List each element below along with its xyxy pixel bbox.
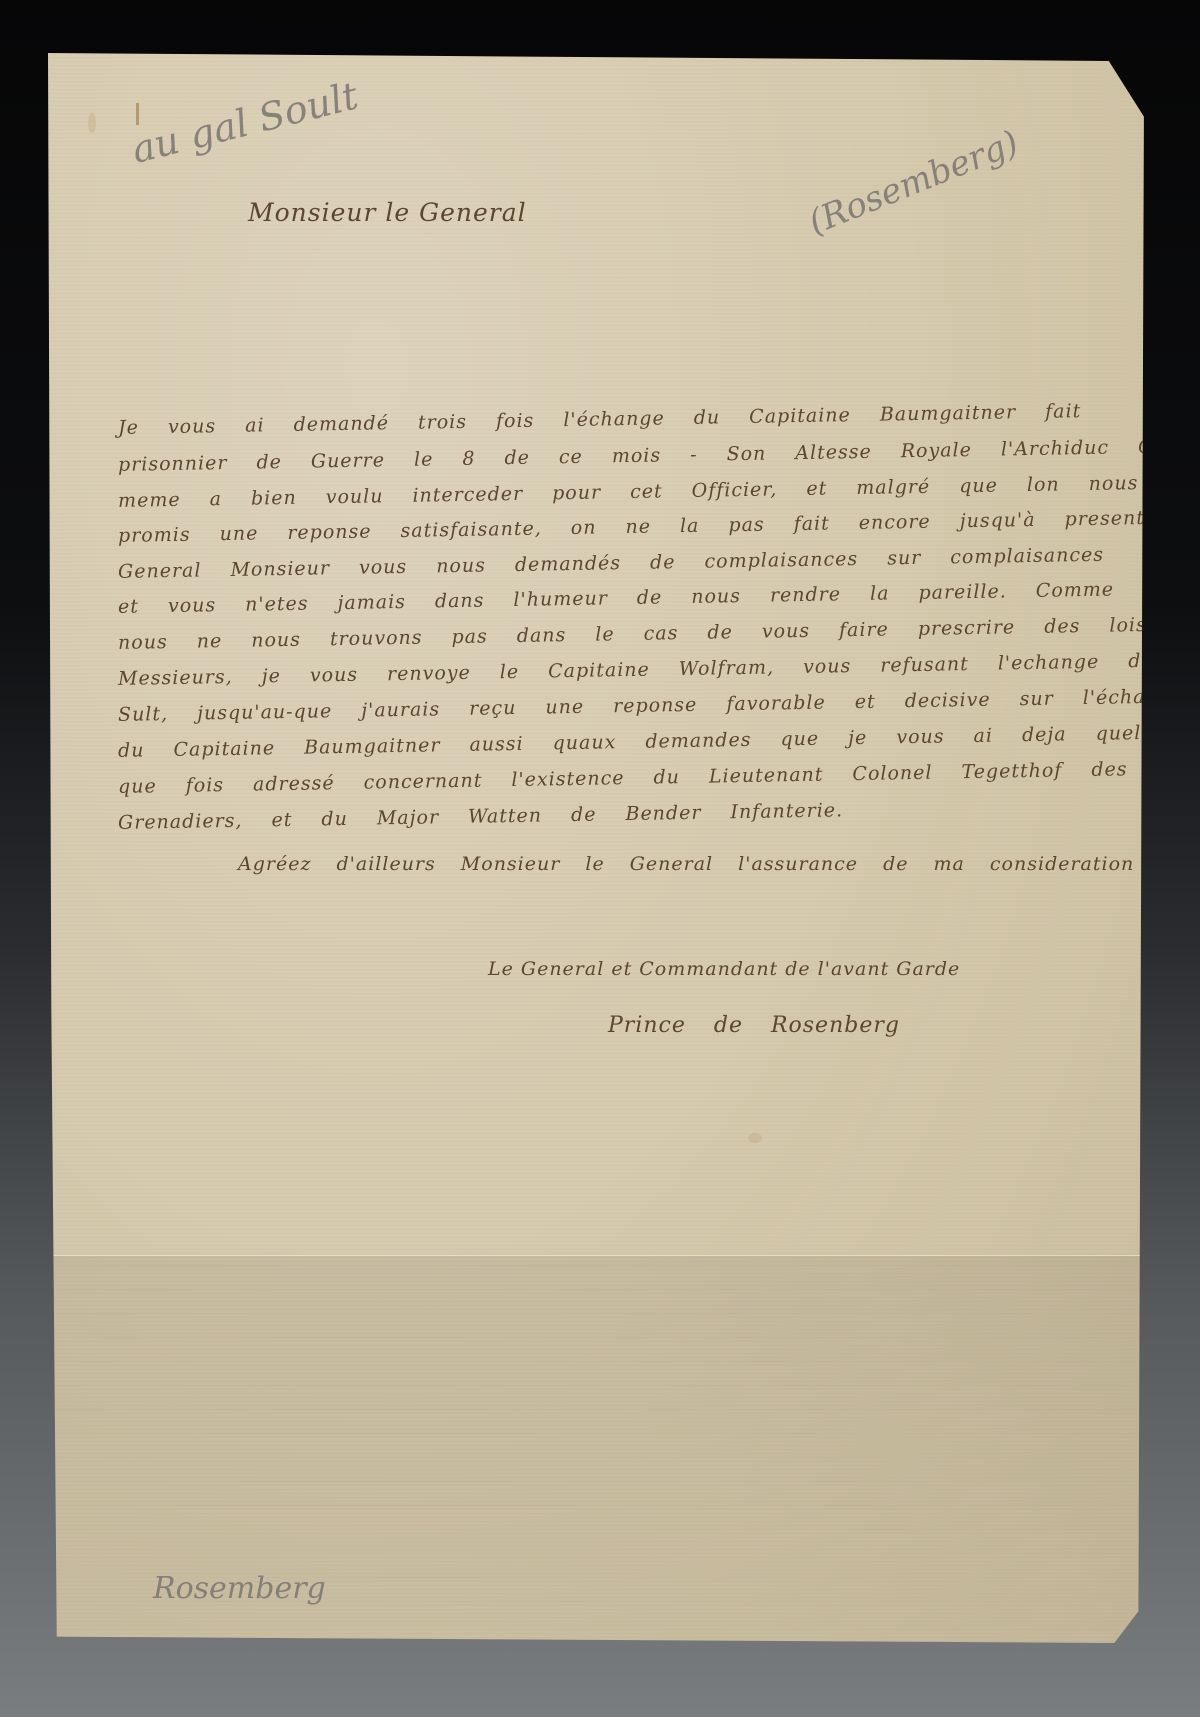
closing-formula: Agréez d'ailleurs Monsieur le General l'… <box>238 853 1134 875</box>
paper-stain <box>88 113 96 133</box>
body-line-7: nous ne nous trouvons pas dans le cas de… <box>118 614 1138 654</box>
body-line-10: du Capitaine Baumgaitner aussi quaux dem… <box>118 722 1138 762</box>
paper-stain <box>748 1133 762 1143</box>
salutation: Monsieur le General <box>248 198 527 227</box>
body-line-4: promis une reponse satisfaisante, on ne … <box>118 507 1138 547</box>
letter-paper: au gal Soult (Rosemberg) Monsieur le Gen… <box>48 53 1145 1643</box>
pencil-annotation-addressee: au gal Soult <box>127 73 362 172</box>
signature-title: Le General et Commandant de l'avant Gard… <box>488 958 960 980</box>
body-line-2: prisonnier de Guerre le 8 de ce mois - S… <box>118 436 1138 476</box>
body-line-5: General Monsieur vous nous demandés de c… <box>118 543 1138 583</box>
pencil-tick-mark <box>136 103 139 125</box>
body-line-1: Je vous ai demandé trois fois l'échange … <box>118 399 1138 439</box>
pencil-annotation-bottom: Rosemberg <box>153 1571 326 1606</box>
pencil-annotation-sender: (Rosemberg) <box>803 123 1024 243</box>
signature-name: Prince de Rosenberg <box>608 1013 900 1038</box>
body-line-6: et vous n'etes jamais dans l'humeur de n… <box>118 578 1138 618</box>
body-line-3: meme a bien voulu interceder pour cet Of… <box>118 472 1138 512</box>
body-line-8: Messieurs, je vous renvoye le Capitaine … <box>118 650 1138 690</box>
body-line-12: Grenadiers, et du Major Watten de Bender… <box>118 794 1138 834</box>
body-line-11: que fois adressé concernant l'existence … <box>118 758 1138 798</box>
body-line-9: Sult, jusqu'au-que j'aurais reçu une rep… <box>118 686 1138 726</box>
